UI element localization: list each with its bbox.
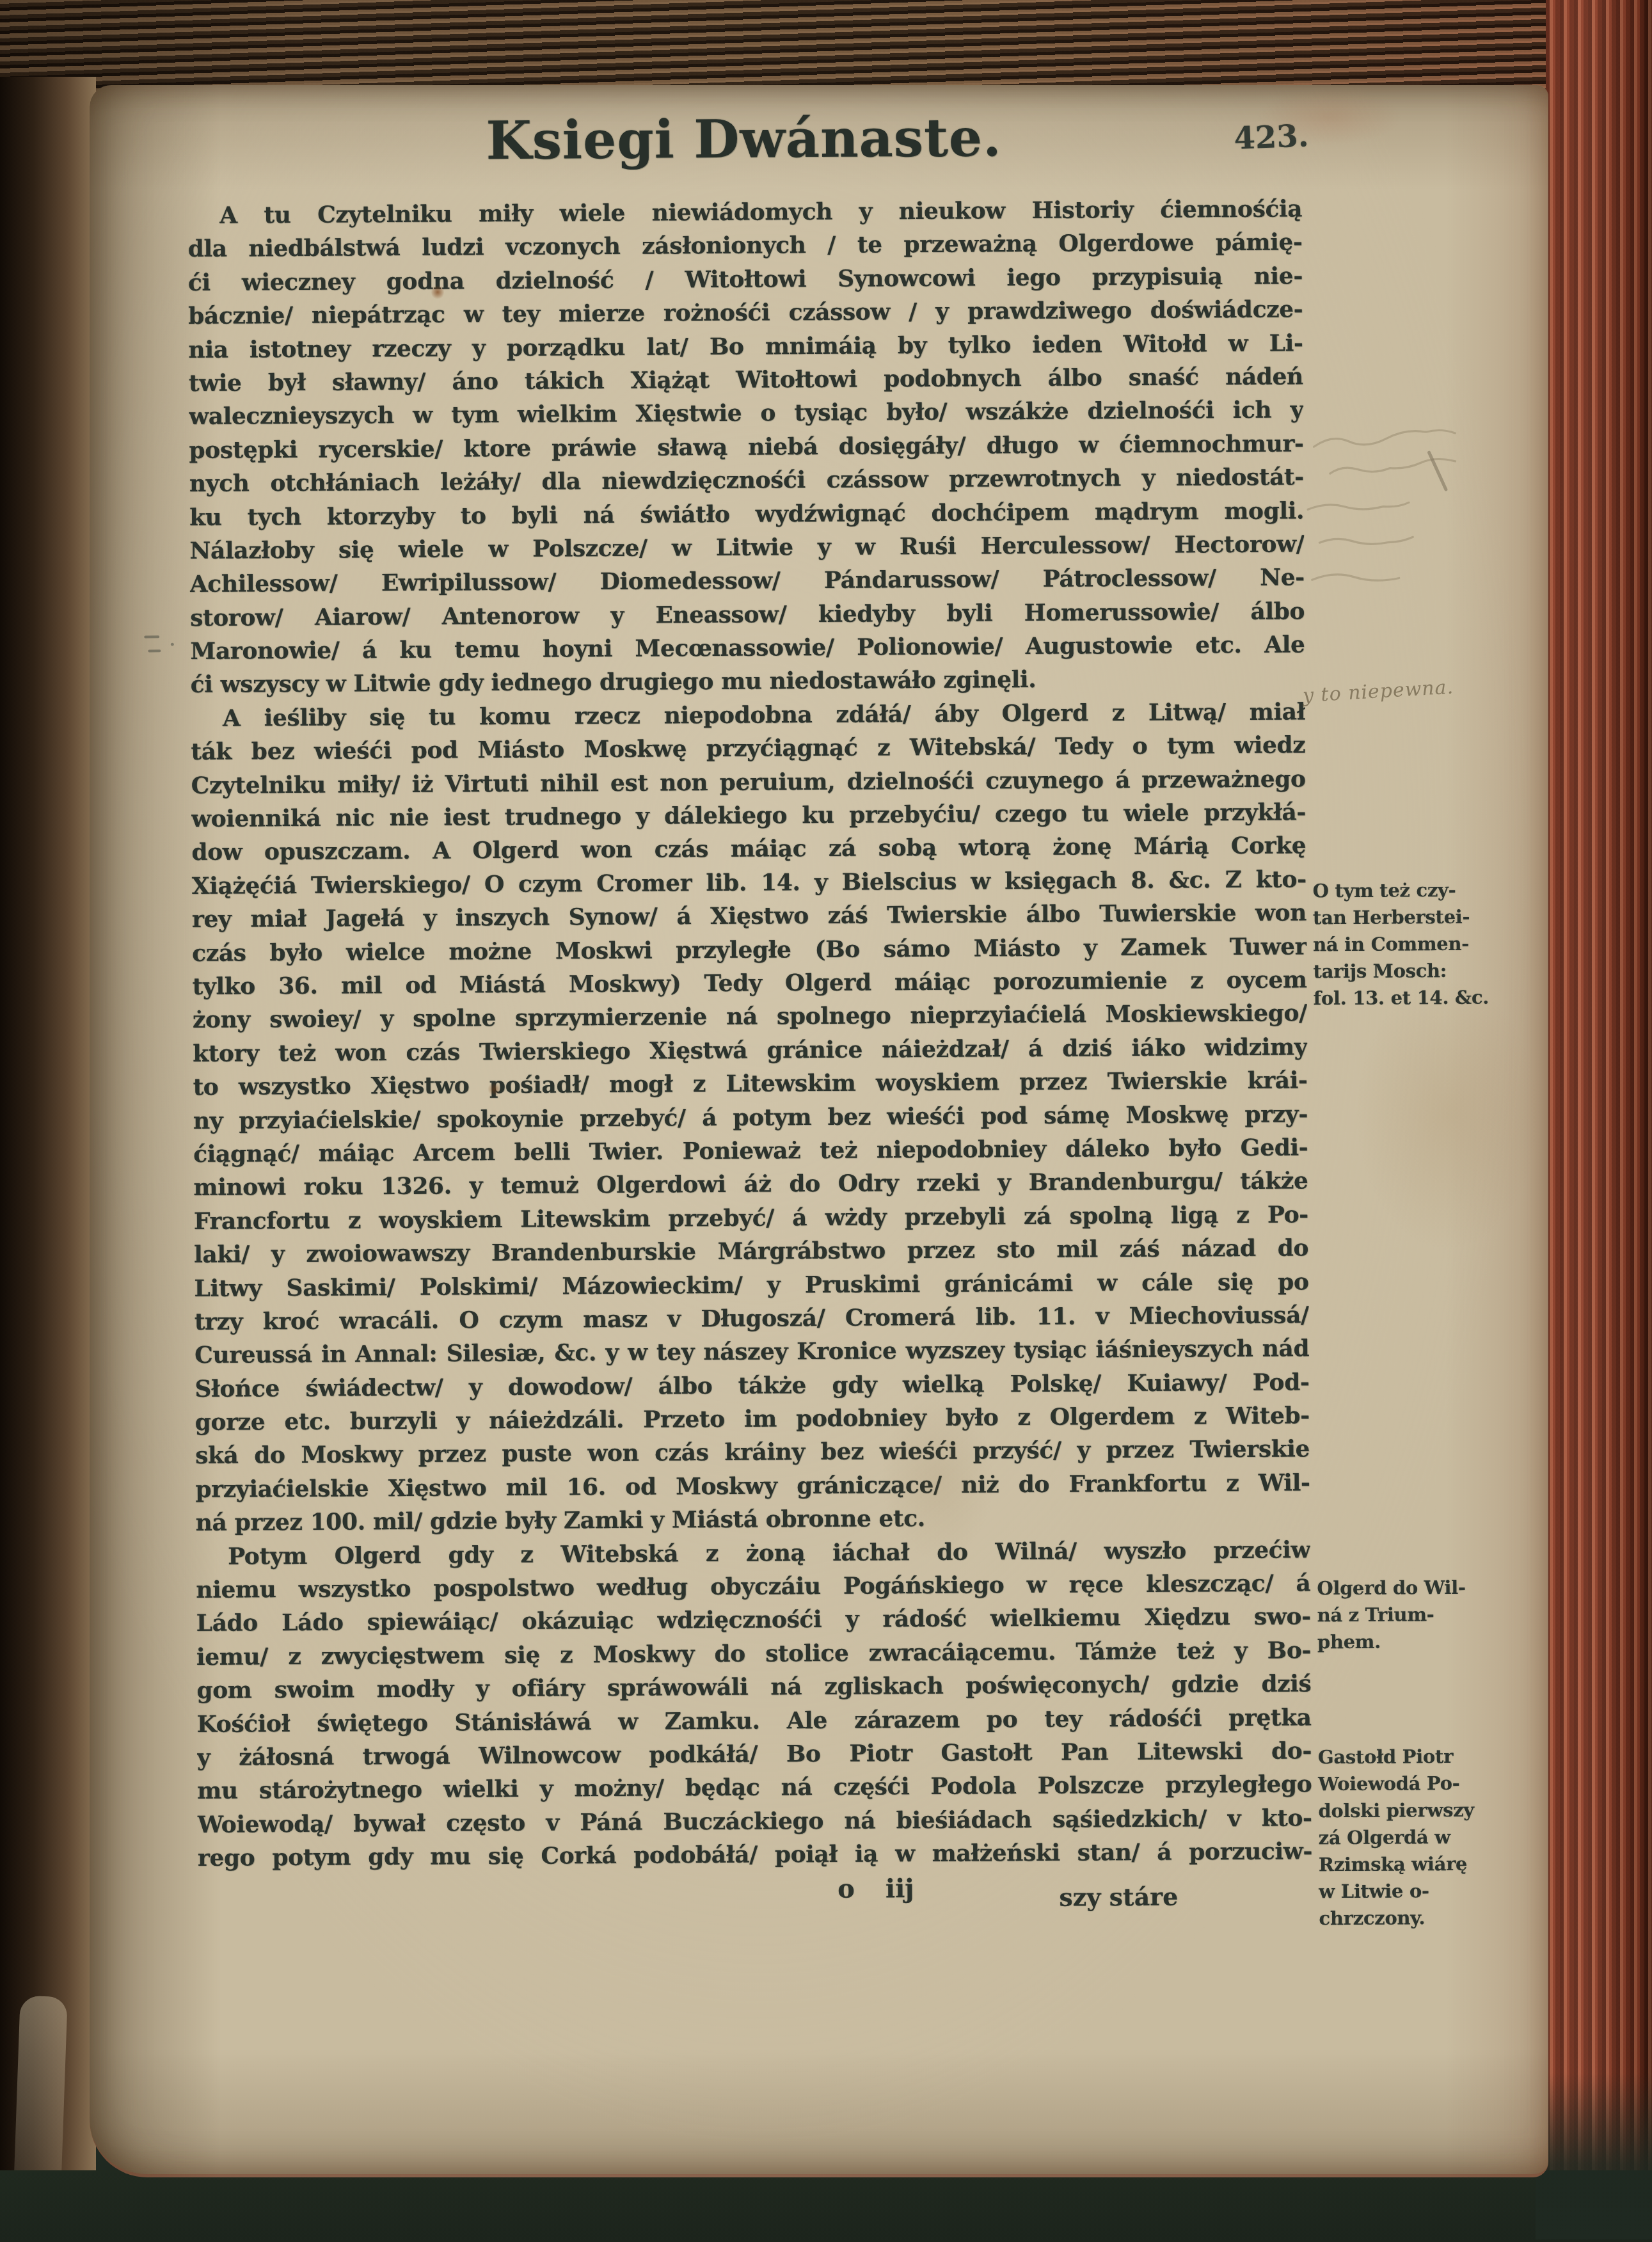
margin-note-herberstein: O tym też czy-tan Herberstei-ná in Comme… xyxy=(1313,876,1517,1012)
page-content: Ksiegi Dwánaste. 423. A tu Czytelniku mi… xyxy=(84,81,1556,2179)
margin-note-olgerd-triumph: Olgerd do Wil-ná z Trium-phem. xyxy=(1317,1573,1521,1655)
text-line-content: Litwy Saskimi/ Polskimi/ Mázowieckim/ y … xyxy=(194,1268,1308,1302)
text-line-content: gorze etc. burzyli y náieżdzáli. Przeto … xyxy=(195,1402,1310,1436)
stray-ink-marks xyxy=(140,625,198,671)
text-line-content: dla niedbálstwá ludzi vczonych zásłonion… xyxy=(187,229,1302,263)
text-line-content: nych otchłániach leżáły/ dla niewdzięczn… xyxy=(189,463,1304,497)
margin-note-line: Woiewodá Po- xyxy=(1318,1769,1521,1797)
text-line-content: trzy kroć wracáli. O czym masz v Długosz… xyxy=(195,1301,1309,1335)
damp-stain xyxy=(1354,976,1541,1253)
text-line-content: walecznieyszych w tym wielkim Xięstwie o… xyxy=(189,397,1303,431)
handwritten-note: y to niepewna. xyxy=(1302,672,1520,707)
text-line-content: ták bez wieśći pod Miásto Moskwę przyćią… xyxy=(191,732,1305,766)
book-spine-gutter xyxy=(0,77,96,2188)
text-line-content: Kośćioł świętego Stánisłáwá w Zamku. Ale… xyxy=(197,1704,1312,1738)
text-line-content: rey miał Jagełá y inszych Synow/ á Xięst… xyxy=(192,900,1307,934)
text-line-content: Achilessow/ Ewripilussow/ Diomedessow/ P… xyxy=(190,564,1305,598)
margin-note-line: Gastołd Piotr xyxy=(1318,1742,1521,1770)
text-line-content: storow/ Aiarow/ Antenorow y Eneassow/ ki… xyxy=(190,598,1305,632)
text-line-content: żony swoiey/ y spolne sprzymierzenie ná … xyxy=(193,1000,1307,1034)
text-line-content: Nálazłoby się wiele w Polszcze/ w Litwie… xyxy=(189,530,1304,564)
book-page: Ksiegi Dwánaste. 423. A tu Czytelniku mi… xyxy=(90,85,1548,2177)
text-line-content: Czytelniku miły/ iż Virtuti nihil est no… xyxy=(191,765,1306,799)
table-background xyxy=(0,2170,1652,2242)
text-line-content: rego potym gdy mu się Corká podobáłá/ po… xyxy=(198,1838,1312,1872)
margin-note-line: w Litwie o- xyxy=(1319,1877,1522,1905)
margin-note-line: tan Herberstei- xyxy=(1313,903,1516,931)
text-line-content: mu stárożytnego wielki y możny/ będąc ná… xyxy=(197,1771,1312,1805)
text-line-content: woienniká nic nie iest trudnego y dáleki… xyxy=(191,799,1306,832)
text-line-content: iemu/ z zwycięstwem się z Moskwy do stol… xyxy=(196,1637,1311,1671)
text-line-content: ći wieczney godna dzielność / Witołtowi … xyxy=(188,262,1303,296)
text-line-content: przyiaćielskie Xięstwo mil 16. od Moskwy… xyxy=(195,1469,1310,1503)
text-line-content: ny przyiaćielskie/ spokoynie przebyć/ á … xyxy=(193,1101,1308,1134)
margin-note-line: phem. xyxy=(1317,1627,1521,1655)
text-line-content: gom swoim modły y ofiáry spráwowáli ná z… xyxy=(196,1671,1311,1705)
margin-note-gastold: Gastołd PiotrWoiewodá Po-dolski pierwszy… xyxy=(1318,1742,1523,1932)
book-fore-edge-red xyxy=(1546,0,1652,2215)
text-line-content: Francfortu z woyskiem Litewskim przebyć/… xyxy=(194,1201,1308,1235)
text-line-content: y żáłosná trwogá Wilnowcow podkáłá/ Bo P… xyxy=(197,1737,1312,1771)
signature-mark: o iij xyxy=(838,1873,914,1904)
book-photo: Ksiegi Dwánaste. 423. A tu Czytelniku mi… xyxy=(0,0,1652,2242)
text-line-content: dow opuszczam. A Olgerd won czás máiąc z… xyxy=(191,832,1306,866)
text-line-content: A ieśliby się tu komu rzecz niepodobna z… xyxy=(223,698,1305,731)
text-line-content: A tu Czytelniku miły wiele niewiádomych … xyxy=(219,195,1302,228)
text-line-content: ći wszyscy w Litwie gdy iednego drugiego… xyxy=(191,666,1036,698)
margin-note-line: fol. 13. et 14. &c. xyxy=(1314,983,1517,1012)
text-line-content: Cureussá in Annal: Silesiæ, &c. y w tey … xyxy=(195,1335,1309,1369)
text-line-content: czás było wielce możne Moskwi przyległe … xyxy=(192,933,1307,967)
text-line-content: minowi roku 1326. y temuż Olgerdowi áż d… xyxy=(193,1168,1308,1202)
text-line-content: tylko 36. mil od Miástá Moskwy) Tedy Olg… xyxy=(192,966,1307,1000)
catchword: szy stáre xyxy=(1059,1882,1178,1912)
margin-note-line: chrzczony. xyxy=(1319,1904,1522,1932)
main-text-block: A tu Czytelniku miły wiele niewiádomych … xyxy=(187,192,1312,1875)
margin-note-line: zá Olgerdá w xyxy=(1319,1823,1522,1851)
margin-note-line: Rzimską wiárę xyxy=(1319,1850,1522,1878)
text-line-content: Ládo Ládo spiewáiąc/ okázuiąc wdzięcznoś… xyxy=(196,1603,1311,1637)
margin-note-line: tarijs Mosch: xyxy=(1313,957,1516,985)
text-line-content: Maronowie/ á ku temu hoyni Mecœnassowie/… xyxy=(190,631,1305,665)
handwritten-marginalia-scribbles xyxy=(1294,426,1520,639)
margin-note-line: ná z Trium- xyxy=(1317,1600,1521,1628)
text-line-content: Woiewodą/ bywał często v Páná Buczáckieg… xyxy=(197,1804,1312,1838)
text-line: rego potym gdy mu się Corká podobáłá/ po… xyxy=(198,1834,1312,1875)
text-line-content: ćiągnąć/ máiąc Arcem belli Twier. Poniew… xyxy=(193,1134,1308,1168)
margin-note-line: Olgerd do Wil- xyxy=(1317,1573,1520,1602)
margin-note-line: O tym też czy- xyxy=(1313,876,1516,904)
text-line-content: ná przez 100. mil/ gdzie były Zamki y Mi… xyxy=(196,1505,925,1536)
margin-note-line: ná in Commen- xyxy=(1313,930,1516,958)
text-line-content: laki/ y zwoiowawszy Brandenburskie Márgr… xyxy=(194,1234,1308,1268)
text-line-content: to wszystko Xięstwo pośiadł/ mogł z Lite… xyxy=(193,1067,1307,1101)
text-line-content: nia istotney rzeczy y porządku lat/ Bo m… xyxy=(188,330,1303,363)
page-number: 423. xyxy=(1233,118,1309,157)
text-line-content: ktory też won czás Twierskiego Xięstwá g… xyxy=(193,1033,1307,1067)
text-line: przyiaćielskie Xięstwo mil 16. od Moskwy… xyxy=(195,1466,1310,1506)
text-line-content: ská do Moskwy przez puste won czás kráin… xyxy=(195,1436,1310,1470)
text-line-content: bácznie/ niepátrząc w tey mierze rożność… xyxy=(188,296,1303,330)
text-line-content: Xiążęćiá Twierskiego/ O czym Cromer lib.… xyxy=(192,866,1307,900)
text-line-content: twie był sławny/ áno tákich Xiążąt Witoł… xyxy=(189,363,1303,397)
text-line-content: niemu wszystko pospolstwo według obyczái… xyxy=(196,1570,1310,1603)
running-title: Ksiegi Dwánaste. xyxy=(187,105,1301,173)
text-line-content: ku tych ktorzyby to byli ná świátło wydź… xyxy=(189,497,1304,531)
text-line-content: postępki rycerskie/ ktore práwie sławą n… xyxy=(189,430,1303,464)
text-line-content: Potym Olgerd gdy z Witebská z żoną iácha… xyxy=(228,1536,1310,1570)
margin-note-line: dolski pierwszy xyxy=(1318,1796,1521,1824)
text-line-content: Słońce świádectw/ y dowodow/ álbo tákże … xyxy=(195,1369,1309,1403)
